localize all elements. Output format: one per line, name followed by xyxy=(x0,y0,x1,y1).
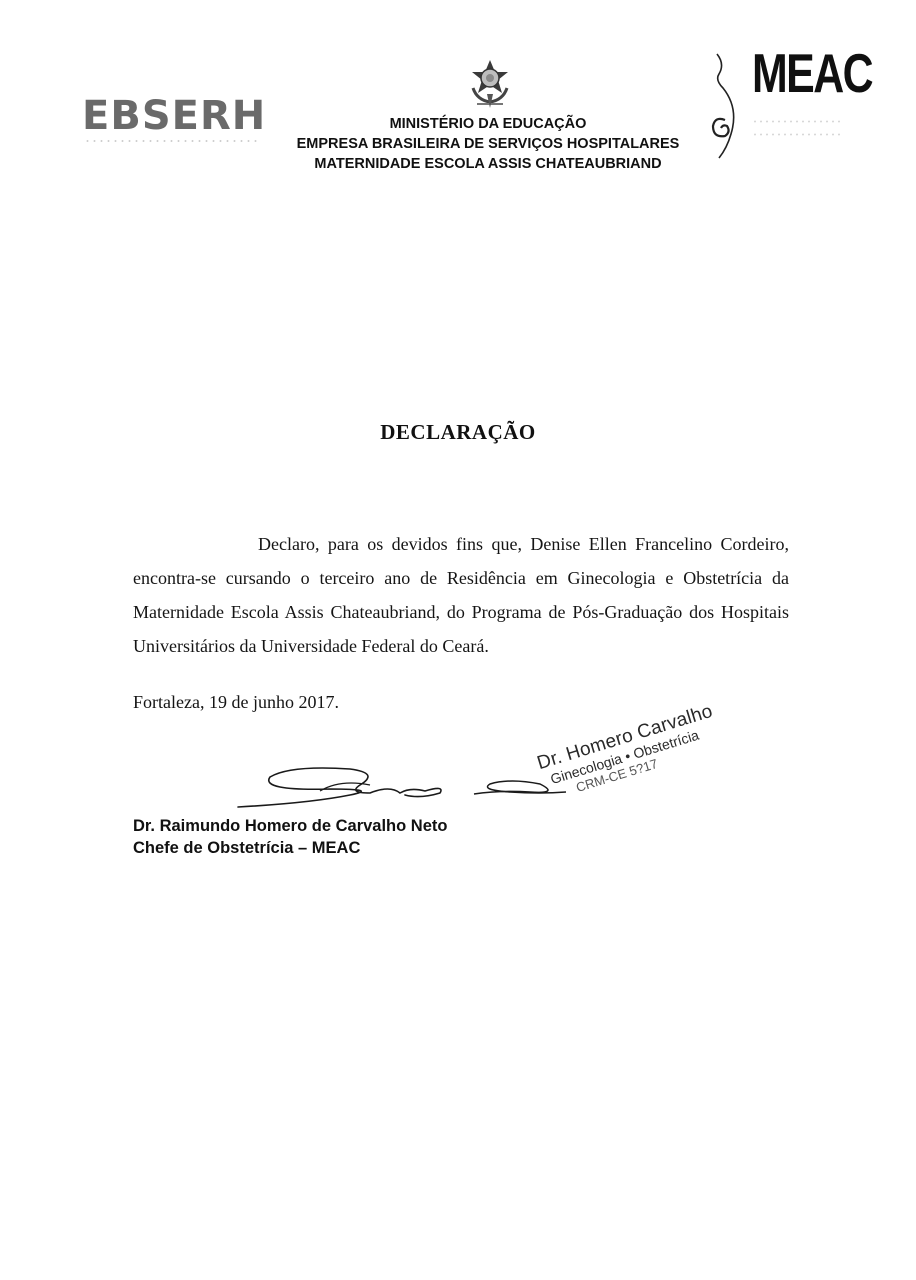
handwritten-signature xyxy=(230,755,490,815)
institution-line-ministry: MINISTÉRIO DA EDUCAÇÃO xyxy=(250,114,726,134)
pregnant-silhouette-icon xyxy=(705,50,745,160)
meac-logo-subtitle xyxy=(752,115,840,145)
place-and-date: Fortaleza, 19 de junho 2017. xyxy=(133,692,339,713)
declaration-body: Declaro, para os devidos fins que, Denis… xyxy=(133,527,789,663)
signer-role: Chefe de Obstetrícia – MEAC xyxy=(133,837,447,859)
institution-line-maternity: MATERNIDADE ESCOLA ASSIS CHATEAUBRIAND xyxy=(250,154,726,174)
document-title: DECLARAÇÃO xyxy=(0,420,916,445)
signer-block: Dr. Raimundo Homero de Carvalho Neto Che… xyxy=(133,815,447,859)
meac-logo: MEAC xyxy=(752,46,872,101)
brazil-coat-of-arms-icon xyxy=(467,58,513,110)
institution-line-company: EMPRESA BRASILEIRA DE SERVIÇOS HOSPITALA… xyxy=(250,134,726,154)
doctor-stamp: Dr. Homero Carvalho Ginecologia • Obstet… xyxy=(535,702,724,804)
signer-name: Dr. Raimundo Homero de Carvalho Neto xyxy=(133,815,447,837)
institution-header: MINISTÉRIO DA EDUCAÇÃO EMPRESA BRASILEIR… xyxy=(250,114,726,174)
ebserh-logo: EBSERH xyxy=(82,96,266,136)
ebserh-logo-subtitle xyxy=(84,139,260,143)
